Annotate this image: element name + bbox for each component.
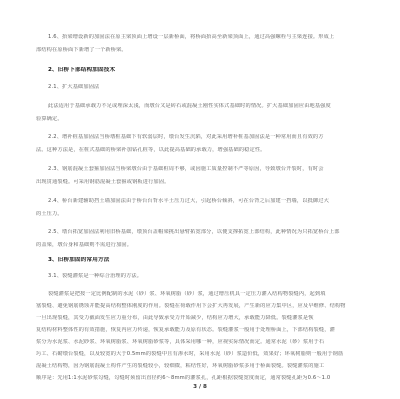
paragraph-line: 1.6、抬梁增设新的加固法在原主梁顶面上增设一层新桥面，将桥面抬高至新梁顶面上，… xyxy=(48,34,366,40)
paragraph-line: 一旦出现裂缝，其受力截面发生应力重分布，由此导致承受力开始减少，结构应力增大，承… xyxy=(36,315,366,321)
paragraph-line: 浆分为水泥浆、水泥砂浆、环氧树脂浆、环氧树脂砂浆等，具体采用哪一种，应视实际情况… xyxy=(36,339,366,345)
paragraph-line: 塞裂缝、避免钢筋锈蚀并能提高结构整体刚度的作用。裂缝在荷载作用下会扩大再发展，产… xyxy=(36,303,366,309)
paragraph-line: 圬工、石砌墩台裂缝，以及较宽的大于0.5mm的裂缝中且有渗水时，采用水泥（砂）浆… xyxy=(36,351,366,357)
paragraph-line: 2.5、墩台拓宽加固法利用旧桥基础，墩顶台盖帽梁挑出悬臂拓宽部分，以便支撑拓宽上… xyxy=(48,229,366,235)
paragraph-line: 部结构在原桥面下新增了一个新桥梁。 xyxy=(36,47,366,53)
paragraph-line: 此法适用于基础承载力不足或埋深太浅，而墩台又是砖石或混凝土刚性实体式基础时的情况… xyxy=(48,103,366,109)
section-heading: 3、旧桥加固的常用方法 xyxy=(48,257,378,263)
paragraph-line: 出现贯通裂缝。可采用钢筋混凝土套箍或钢板进行加固。 xyxy=(36,179,366,185)
paragraph-line: 2.2、增补桩基加固法当桥墩桩基础下有软弱层时，墩台发生沉陷，对此采用增补桩基加… xyxy=(48,134,366,140)
paragraph-line: 2.3、钢筋混凝土套箍加固法当桥梁墩台由于基础桩周不够，或因施工质量控制不严等原… xyxy=(48,166,366,172)
paragraph-line: 裂缝灌浆是把按一定比例配制的水泥（砂）浆、环氧树脂（砂）浆，通过增压机具一定压力… xyxy=(48,291,366,297)
paragraph-line: 的土压力。 xyxy=(36,211,366,217)
subsection-heading: 2.1、扩大基础加固法 xyxy=(48,84,378,90)
paragraph-line: 2.4、桥台新建辅助挡土墙加固法由于桥台台背水平土压力过大，引起桥台倾斜，可在台… xyxy=(48,198,366,204)
page-number: 3 / 8 xyxy=(0,384,400,390)
paragraph-line: 复结构材料整体性的有效措施，恢复内应力传递，恢复承载能力及原有状态。裂缝灌浆一般… xyxy=(36,327,366,333)
paragraph-line: 混凝土结构物，因为钢筋混凝土构件产生的裂缝较小，较细微，粘结性好，环氧树脂砂浆多… xyxy=(36,363,366,369)
paragraph-line: 验算确定。 xyxy=(36,116,366,122)
section-heading: 2、旧桥下部结构加固技术 xyxy=(48,67,378,73)
subsection-heading: 3.1、裂缝灌浆是一种综合治理的方法。 xyxy=(48,273,378,279)
paragraph-line: 的盖梁，墩台身和基础则不需进行加固。 xyxy=(36,242,366,248)
document-page: 1.6、抬梁增设新的加固法在原主梁顶面上增设一层新桥面，将桥面抬高至新梁顶面上，… xyxy=(0,0,400,399)
paragraph-line: 法。这种方法是，在桩式基础的桥梁补加钻孔桩等，以此提高基础的承载力，增强基础的稳… xyxy=(36,147,366,153)
paragraph-line: 顺序是：先用1:1水泥砂浆勾缝，勾缝时须留出直径约6～8mm的灌浆孔，孔距根据裂… xyxy=(36,375,366,381)
